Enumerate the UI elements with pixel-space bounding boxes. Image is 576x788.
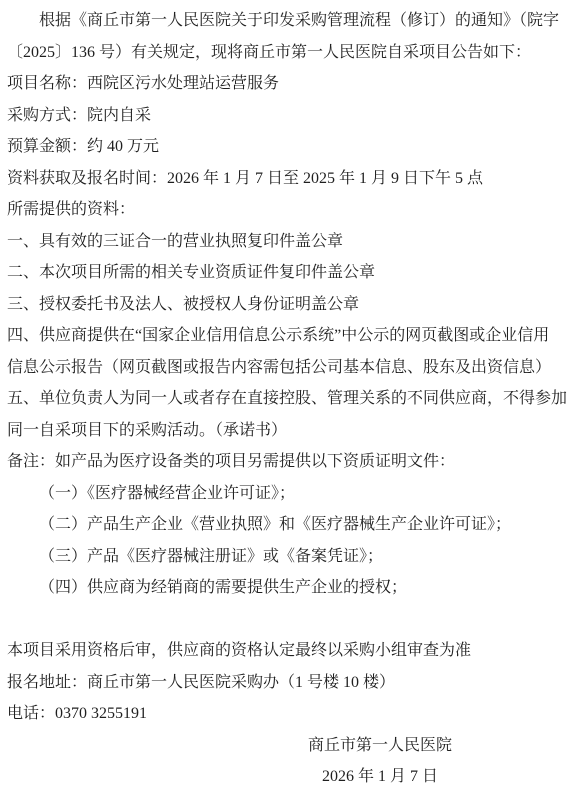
materials-item-4-line-1: 四、供应商提供在“国家企业信用信息公示系统”中公示的网页截图或企业信用	[7, 320, 569, 352]
materials-item-3: 三、授权委托书及法人、被授权人身份证明盖公章	[7, 289, 569, 321]
closing-phone-value: 0370 3255191	[55, 705, 147, 722]
intro-line-1: 根据《商丘市第一人民医院关于印发采购管理流程（修订）的通知》（院字	[7, 5, 569, 37]
materials-heading: 所需提供的资料：	[7, 194, 569, 226]
field-budget-label: 预算金额：	[7, 138, 87, 155]
closing-phone: 电话：0370 3255191	[7, 698, 569, 730]
signature-date: 2026 年 1 月 7 日	[7, 761, 569, 788]
note-item-2: （二）产品生产企业《营业执照》和《医疗器械生产企业许可证》；	[7, 509, 569, 541]
note-heading: 备注：如产品为医疗设备类的项目另需提供以下资质证明文件：	[7, 446, 569, 478]
materials-item-5-line-2: 同一自采项目下的采购活动。（承诺书）	[7, 415, 569, 447]
closing-address-label: 报名地址：	[7, 674, 87, 691]
closing-address: 报名地址：商丘市第一人民医院采购办（1 号楼 10 楼）	[7, 667, 569, 699]
field-project-name: 项目名称：西院区污水处理站运营服务	[7, 68, 569, 100]
materials-item-5-line-1: 五、单位负责人为同一人或者存在直接控股、管理关系的不同供应商，不得参加	[7, 383, 569, 415]
field-project-name-label: 项目名称：	[7, 75, 87, 92]
note-item-1: （一）《医疗器械经营企业许可证》；	[7, 478, 569, 510]
materials-item-2: 二、本次项目所需的相关专业资质证件复印件盖公章	[7, 257, 569, 289]
closing-review-statement: 本项目采用资格后审，供应商的资格认定最终以采购小组审查为准	[7, 635, 569, 667]
field-registration-time-label: 资料获取及报名时间：	[7, 170, 167, 187]
field-registration-time-value: 2026 年 1 月 7 日至 2025 年 1 月 9 日下午 5 点	[167, 170, 483, 187]
field-procurement-method-value: 院内自采	[87, 107, 151, 124]
field-registration-time: 资料获取及报名时间：2026 年 1 月 7 日至 2025 年 1 月 9 日…	[7, 163, 569, 195]
blank-line	[7, 604, 569, 636]
field-project-name-value: 西院区污水处理站运营服务	[87, 75, 279, 92]
announcement-document: 根据《商丘市第一人民医院关于印发采购管理流程（修订）的通知》（院字 〔2025〕…	[0, 0, 576, 788]
note-item-4: （四）供应商为经销商的需要提供生产企业的授权；	[7, 572, 569, 604]
field-budget-value: 约 40 万元	[87, 138, 159, 155]
materials-item-4-line-2: 信息公示报告（网页截图或报告内容需包括公司基本信息、股东及出资信息）	[7, 352, 569, 384]
closing-phone-label: 电话：	[7, 705, 55, 722]
field-procurement-method-label: 采购方式：	[7, 107, 87, 124]
note-item-3: （三）产品《医疗器械注册证》或《备案凭证》；	[7, 541, 569, 573]
field-procurement-method: 采购方式：院内自采	[7, 100, 569, 132]
materials-item-1: 一、具有效的三证合一的营业执照复印件盖公章	[7, 226, 569, 258]
intro-line-2: 〔2025〕136 号）有关规定，现将商丘市第一人民医院自采项目公告如下：	[7, 37, 569, 69]
field-budget: 预算金额：约 40 万元	[7, 131, 569, 163]
signature-organization: 商丘市第一人民医院	[7, 730, 569, 762]
closing-address-value: 商丘市第一人民医院采购办（1 号楼 10 楼）	[87, 674, 395, 691]
